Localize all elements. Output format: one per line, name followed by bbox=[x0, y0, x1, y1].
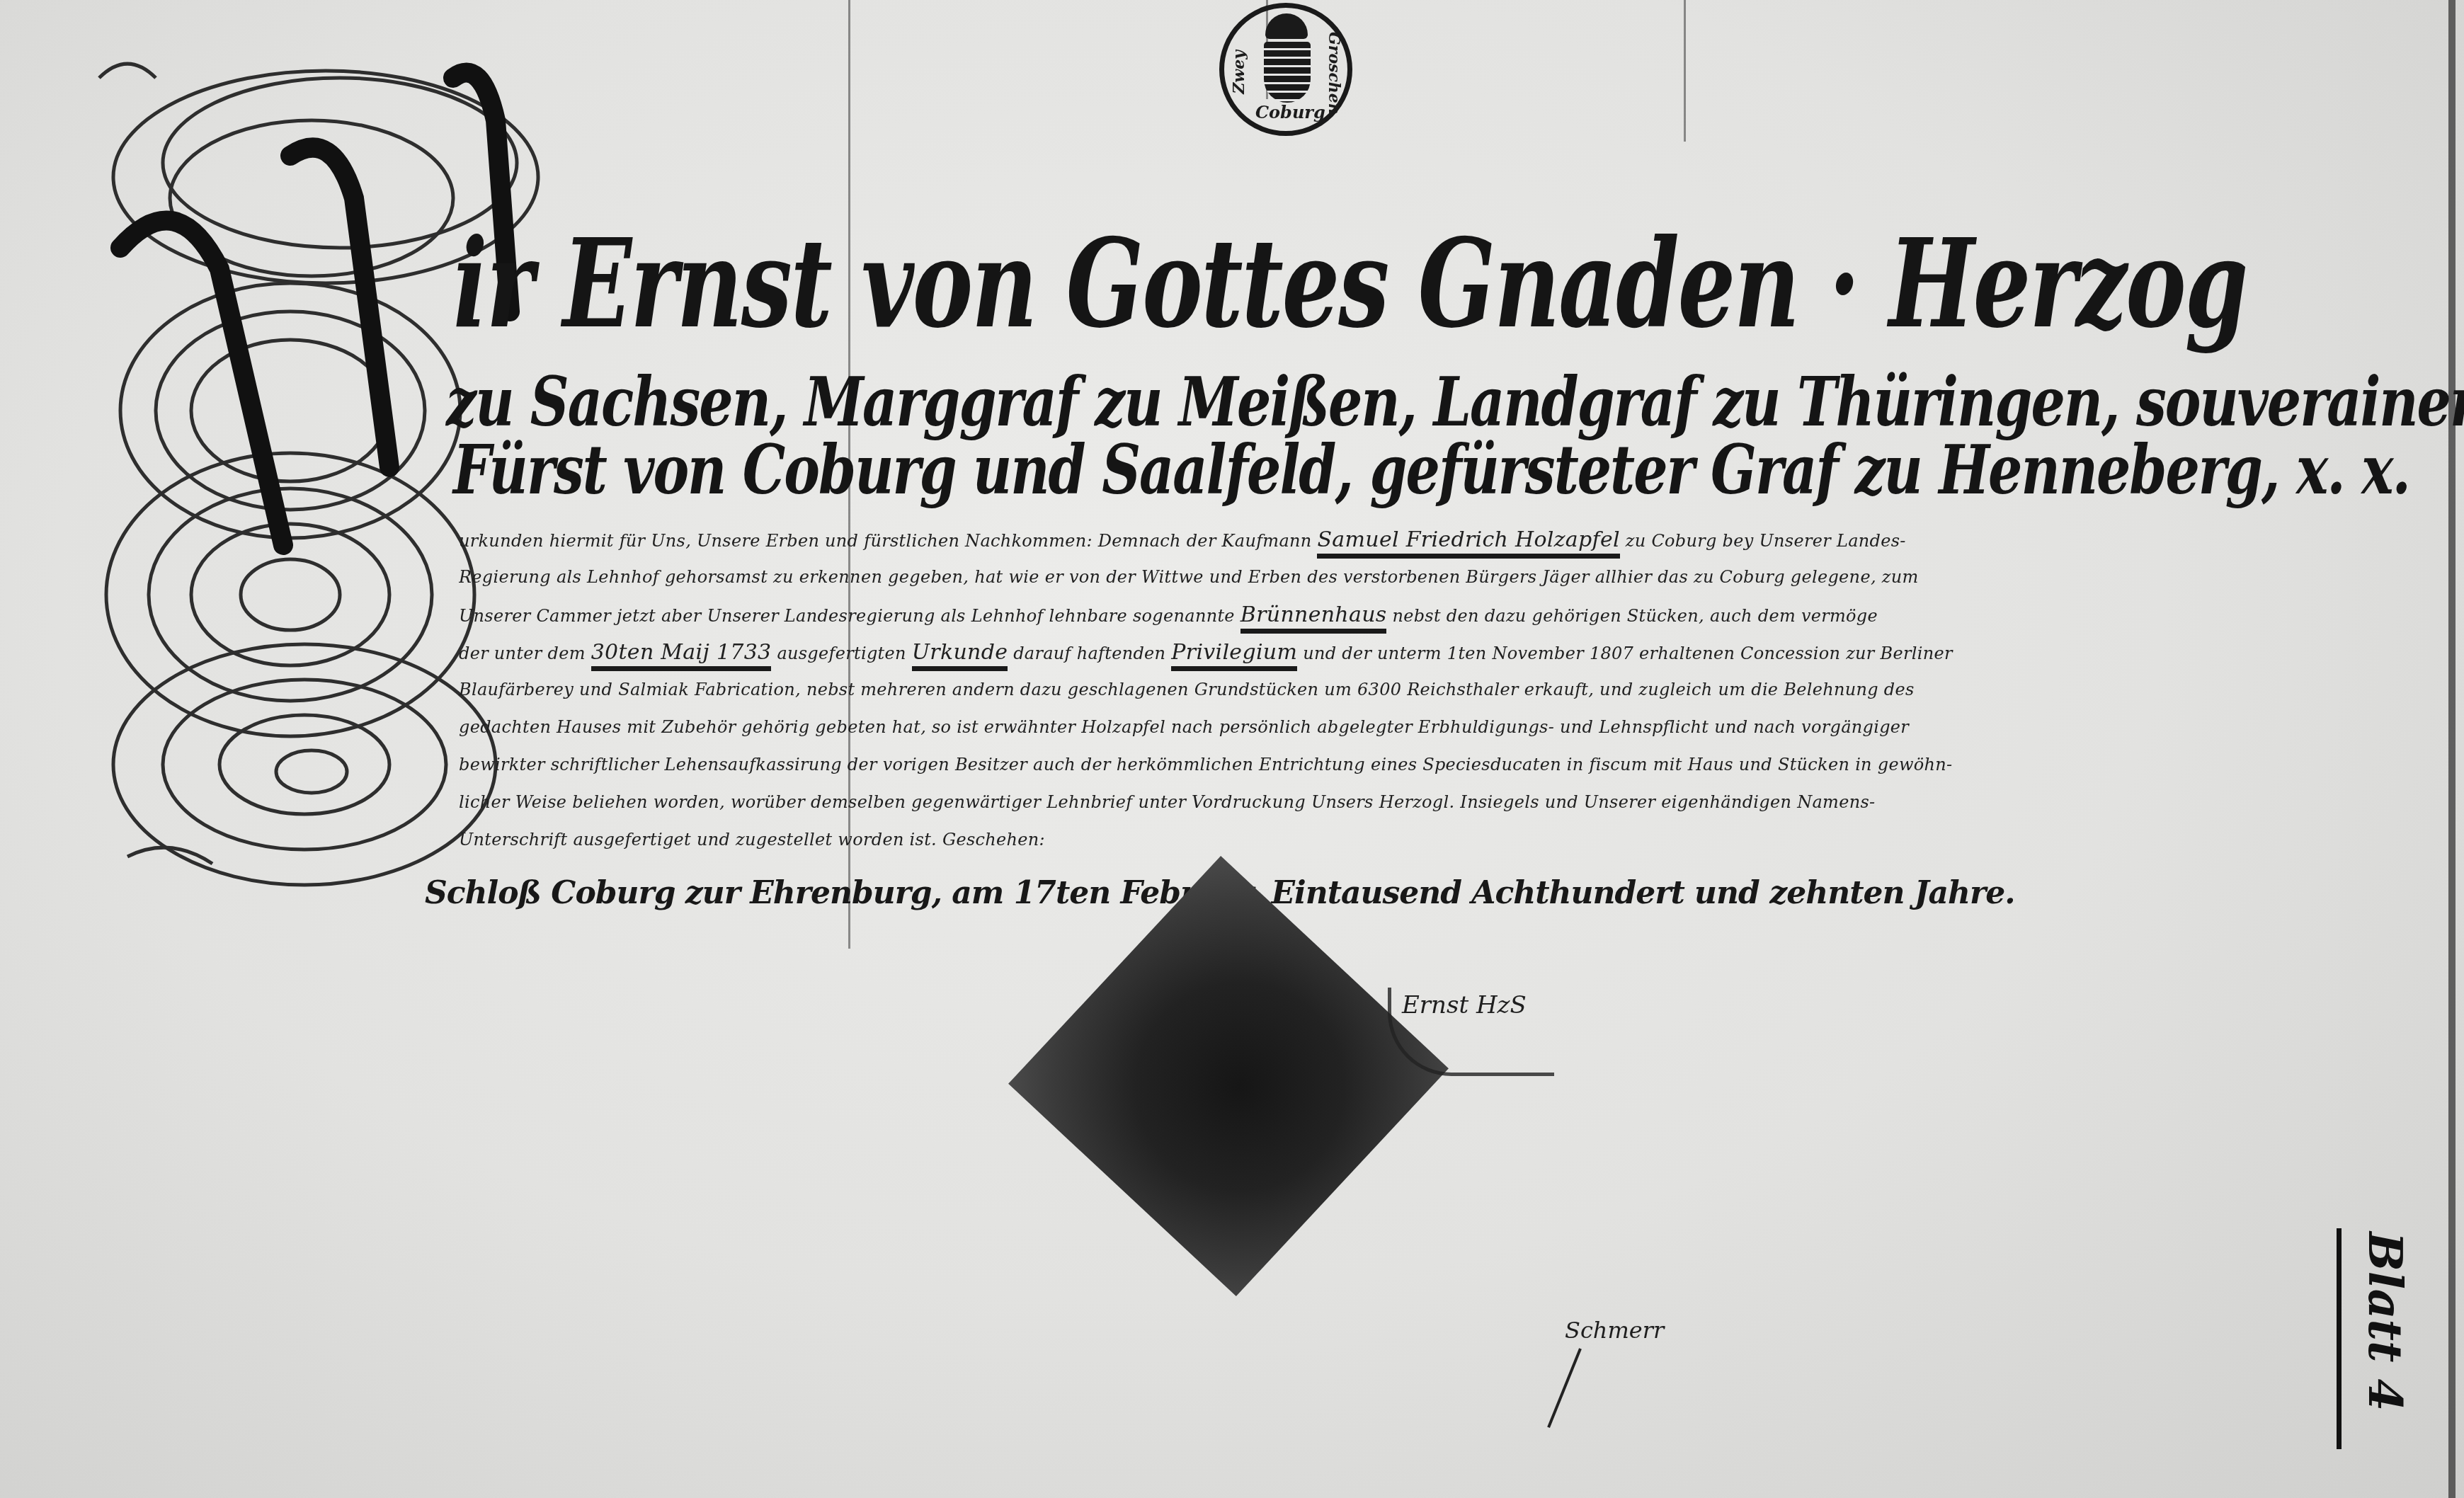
body-line: Blaufärberey und Salmiak Fabrication, ne… bbox=[459, 671, 2441, 709]
stamp-text-right: Groschen bbox=[1325, 32, 1343, 115]
body-line: urkunden hiermit für Uns, Unsere Erben u… bbox=[459, 521, 2441, 559]
body-line: Unterschrift ausgefertiget und zugestell… bbox=[459, 821, 2441, 859]
body-line: gedachten Hauses mit Zubehör gehörig geb… bbox=[459, 709, 2441, 746]
underlined-name: Samuel Friedrich Holzapfel bbox=[1317, 527, 1619, 559]
heading-line-2: zu Sachsen, Marggraf zu Meißen, Landgraf… bbox=[446, 362, 2464, 441]
document-sheet: Zwey Groschen Coburg bbox=[0, 0, 2464, 1498]
heading-line-3: Fürst von Coburg und Saalfeld, gefürstet… bbox=[453, 430, 2409, 509]
body-line: Regierung als Lehnhof gehorsamst zu erke… bbox=[459, 559, 2441, 596]
paper-seal bbox=[1008, 856, 1449, 1296]
signature-stroke bbox=[1547, 1348, 1582, 1428]
underlined-date: 30ten Maij 1733 bbox=[591, 640, 772, 671]
fold-line bbox=[1684, 0, 1686, 142]
charter-body: urkunden hiermit für Uns, Unsere Erben u… bbox=[459, 521, 2441, 859]
folio-mark: Blatt 4 bbox=[2358, 1232, 2413, 1444]
underlined-term: Urkunde bbox=[912, 640, 1008, 671]
body-line: Unserer Cammer jetzt aber Unserer Landes… bbox=[459, 596, 2441, 634]
body-line: licher Weise beliehen worden, worüber de… bbox=[459, 784, 2441, 821]
coat-of-arms-icon bbox=[1264, 42, 1311, 103]
stamp-text-bottom: Coburg bbox=[1255, 102, 1325, 122]
stamp-text-left: Zwey bbox=[1230, 50, 1248, 94]
tax-stamp: Zwey Groschen Coburg bbox=[1219, 3, 1352, 136]
body-line: bewirkter schriftlicher Lehensaufkassiru… bbox=[459, 746, 2441, 784]
heading-line-1: ir Ernst von Gottes Gnaden · Herzog bbox=[453, 212, 2247, 356]
underlined-property: Brünnenhaus bbox=[1240, 602, 1387, 634]
underlined-term: Privilegium bbox=[1171, 640, 1297, 671]
duke-signature: Ernst HzS bbox=[1402, 991, 1527, 1019]
crown-icon bbox=[1265, 13, 1308, 39]
countersignature: Schmerr bbox=[1565, 1317, 1664, 1344]
body-line: der unter dem 30ten Maij 1733 ausgeferti… bbox=[459, 634, 2441, 671]
paper-edge bbox=[2448, 0, 2456, 1498]
folio-underline bbox=[2337, 1228, 2342, 1449]
